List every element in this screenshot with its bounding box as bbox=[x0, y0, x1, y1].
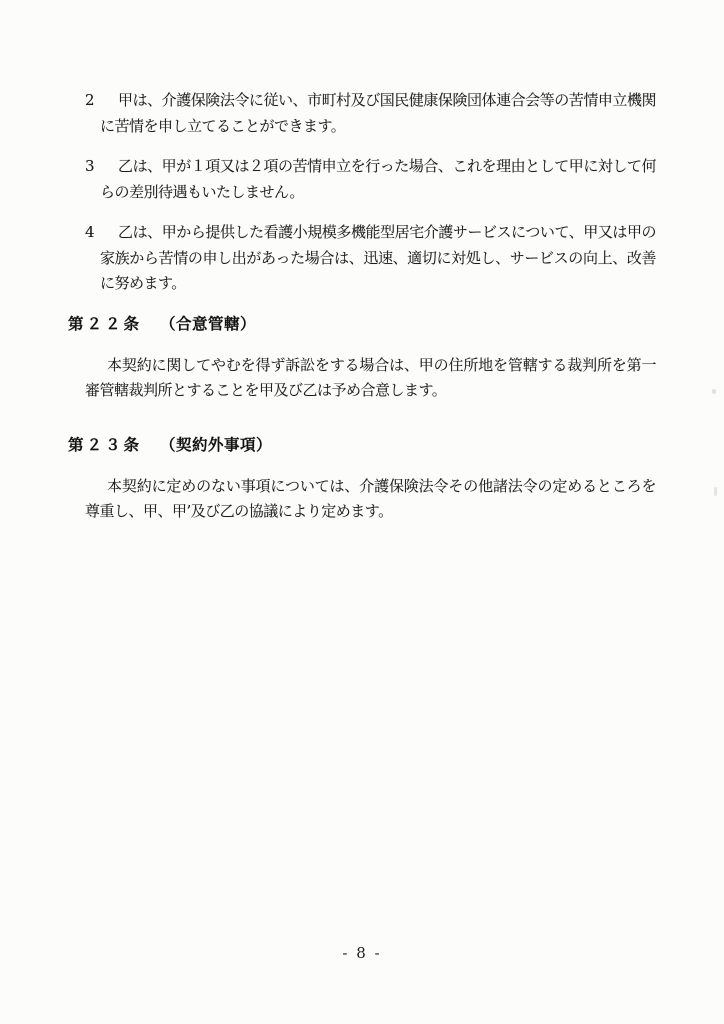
clause-text: 乙は、甲が１項又は２項の苦情申立を行った場合、これを理由として甲に対して何らの差… bbox=[100, 157, 656, 201]
article-number: 第２２条 bbox=[68, 315, 142, 333]
page-number: - 8 - bbox=[0, 944, 724, 962]
article-title: （契約外事項） bbox=[160, 436, 272, 454]
clause-item-3: 3乙は、甲が１項又は２項の苦情申立を行った場合、これを理由として甲に対して何らの… bbox=[100, 154, 656, 205]
clause-number: 2 bbox=[85, 88, 118, 114]
scan-artifact bbox=[712, 389, 716, 394]
clause-number: 3 bbox=[85, 154, 118, 180]
contract-text-block: 2甲は、介護保険法令に従い、市町村及び国民健康保険団体連合会等の苦情申立機関に苦… bbox=[68, 0, 656, 540]
scan-artifact bbox=[714, 487, 717, 496]
clause-number: 4 bbox=[85, 220, 118, 246]
clause-item-4: 4乙は、甲から提供した看護小規模多機能型居宅介護サービスについて、甲又は甲の家族… bbox=[100, 220, 656, 297]
article-23-body: 本契約に定めのない事項については、介護保険法令その他諸法令の定めるところを尊重し… bbox=[85, 474, 656, 525]
document-page: 2甲は、介護保険法令に従い、市町村及び国民健康保険団体連合会等の苦情申立機関に苦… bbox=[0, 0, 724, 1024]
article-title: （合意管轄） bbox=[160, 315, 256, 333]
article-23-heading: 第２３条（契約外事項） bbox=[68, 433, 656, 459]
clause-item-2: 2甲は、介護保険法令に従い、市町村及び国民健康保険団体連合会等の苦情申立機関に苦… bbox=[100, 88, 656, 139]
article-22-body: 本契約に関してやむを得ず訴訟をする場合は、甲の住所地を管轄する裁判所を第一審管轄… bbox=[85, 353, 656, 404]
article-number: 第２３条 bbox=[68, 436, 142, 454]
article-22-heading: 第２２条（合意管轄） bbox=[68, 312, 656, 338]
clause-text: 甲は、介護保険法令に従い、市町村及び国民健康保険団体連合会等の苦情申立機関に苦情… bbox=[100, 91, 656, 135]
clause-text: 乙は、甲から提供した看護小規模多機能型居宅介護サービスについて、甲又は甲の家族か… bbox=[100, 223, 656, 292]
